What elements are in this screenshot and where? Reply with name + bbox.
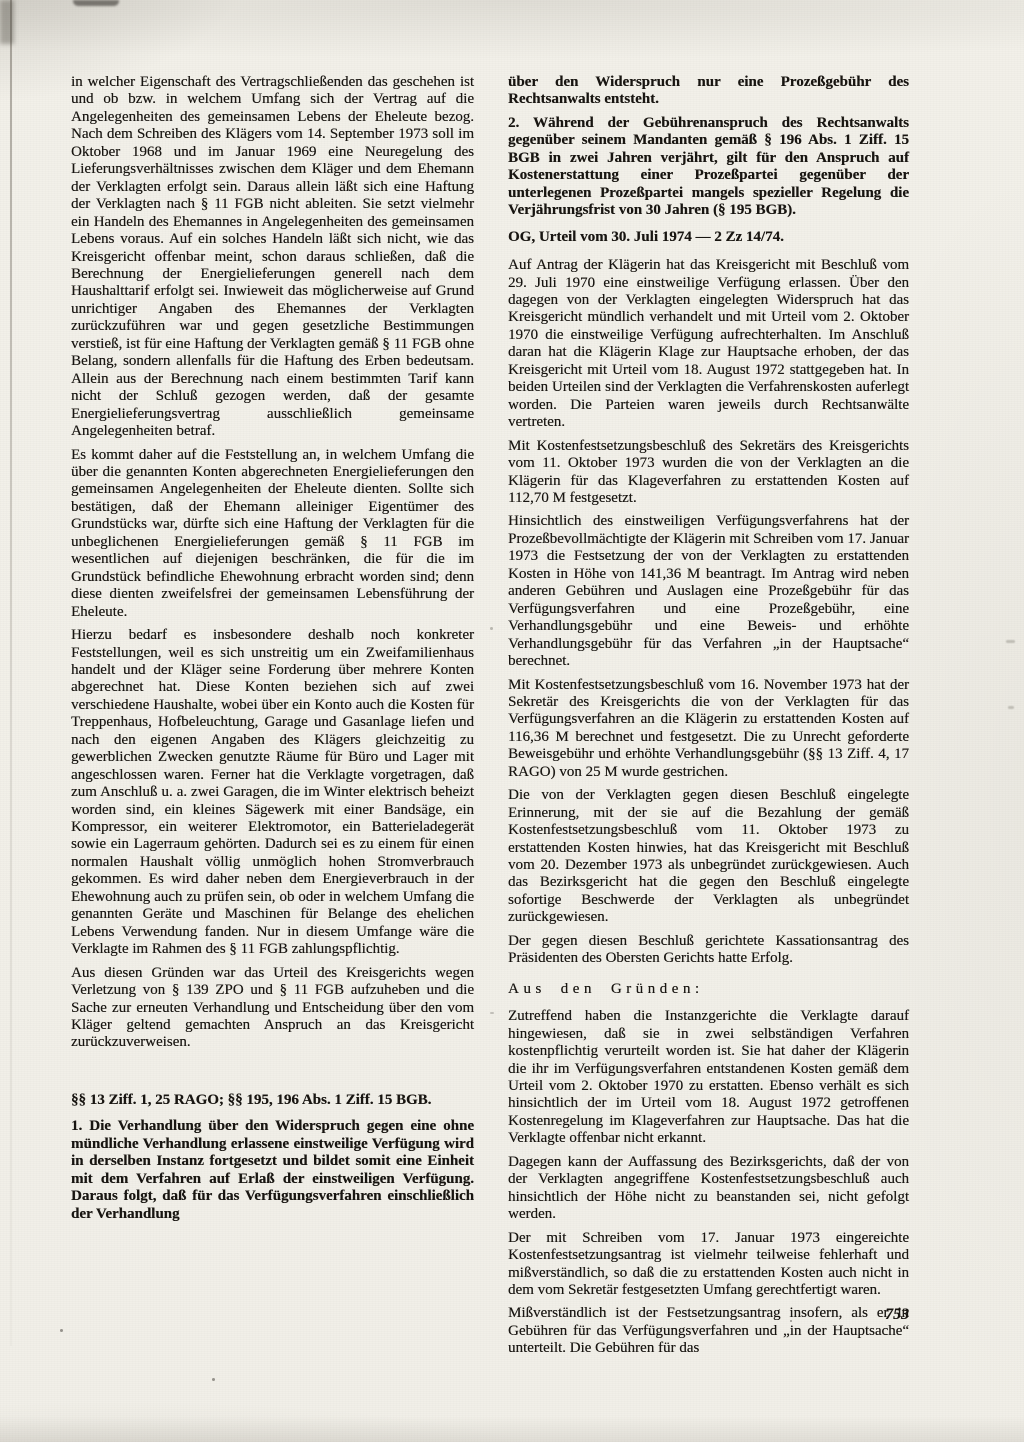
paragraph: Mit Kostenfestsetzungsbeschluß vom 16. N… xyxy=(508,677,909,782)
paragraph: Mit Kostenfestsetzungsbeschluß des Sekre… xyxy=(508,438,909,508)
statute-heading: §§ 13 Ziff. 1, 25 RAGO; §§ 195, 196 Abs.… xyxy=(71,1092,474,1109)
paper-speck xyxy=(490,627,493,630)
paper-speck xyxy=(490,1012,494,1014)
paper-speck xyxy=(212,1378,215,1381)
scan-edge-line xyxy=(10,0,12,1346)
paragraph: Der mit Schreiben vom 17. Januar 1973 ei… xyxy=(508,1230,909,1300)
paragraph: Zutreffend haben die Instanzgerichte die… xyxy=(508,1008,909,1148)
paragraph: Hierzu bedarf es insbesondere deshalb no… xyxy=(71,627,474,959)
reasons-heading: Aus den Gründen: xyxy=(508,981,909,998)
guideline-paragraph-2: 2. Während der Gebührenanspruch des Rech… xyxy=(508,115,909,220)
margin-mark xyxy=(1006,640,1015,643)
guideline-paragraph-1-continuation: über den Widerspruch nur eine Prozeßgebü… xyxy=(508,74,909,109)
paragraph-continuation: in welcher Eigenschaft des Vertragschlie… xyxy=(71,74,474,441)
margin-mark xyxy=(1008,706,1014,709)
paragraph: Der gegen diesen Beschluß gerichtete Kas… xyxy=(508,933,909,968)
paper-speck xyxy=(60,1329,63,1332)
page-number: 753 xyxy=(508,1306,909,1324)
left-text-column: in welcher Eigenschaft des Vertragschlie… xyxy=(71,74,474,1229)
paragraph: Dagegen kann der Auffassung des Bezirksg… xyxy=(508,1154,909,1224)
case-reference: OG, Urteil vom 30. Juli 1974 — 2 Zz 14/7… xyxy=(508,229,909,246)
paragraph: Hinsichtlich des einstweiligen Verfügung… xyxy=(508,513,909,670)
scan-smudge xyxy=(73,0,119,6)
paragraph: Aus diesen Gründen war das Urteil des Kr… xyxy=(71,965,474,1052)
guideline-paragraph-1: 1. Die Verhandlung über den Widerspruch … xyxy=(71,1118,474,1223)
scanned-page: in welcher Eigenschaft des Vertragschlie… xyxy=(0,0,1024,1442)
right-text-column: über den Widerspruch nur eine Prozeßgebü… xyxy=(508,74,909,1364)
scan-bottom-shade xyxy=(0,1416,1024,1442)
paragraph: Auf Antrag der Klägerin hat das Kreisger… xyxy=(508,257,909,432)
paragraph: Es kommt daher auf die Feststellung an, … xyxy=(71,447,474,622)
scan-corner-shadow xyxy=(0,0,14,44)
paragraph: Die von der Verklagten gegen diesen Besc… xyxy=(508,787,909,927)
